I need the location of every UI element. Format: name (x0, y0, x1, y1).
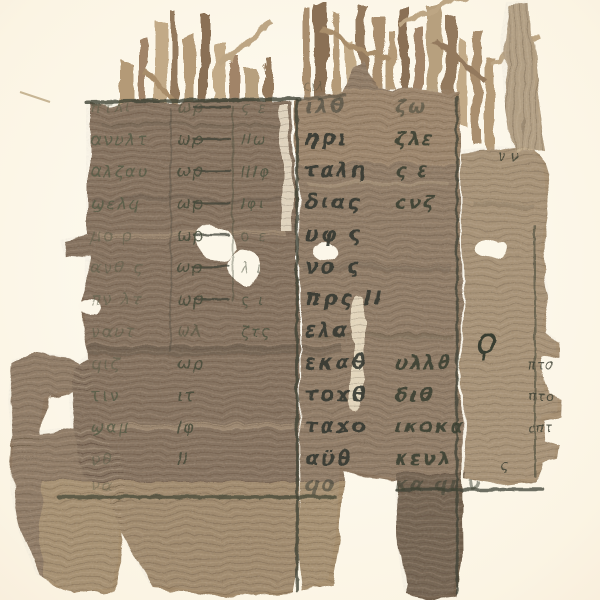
script-cell: ζω (394, 95, 426, 117)
script-cell: διας (304, 189, 361, 213)
script-cell: ϲνζ (394, 191, 435, 213)
script-cell: πτο (527, 389, 554, 404)
script-cell: ς ε (394, 159, 428, 181)
script-cell: ΙΙω (240, 130, 266, 148)
script-cell: ταλη (304, 157, 367, 181)
script-cell: ανυλτ (90, 129, 148, 148)
script-cell: ιτ (176, 385, 194, 405)
script-cell: πν λτ (90, 289, 143, 308)
script-cell: ϥο (304, 471, 337, 495)
script-cell: ϲπτ (527, 421, 553, 436)
script-cell: ιλθ (304, 93, 346, 117)
script-cell: ζλε (394, 127, 434, 149)
script-cell: ζτς (239, 322, 271, 340)
papyrus-photo: ϲιλ ϙ πτλι ωρ ς ε ιλθ ζω ανυλτ ωρ ΙΙω ηρ… (0, 0, 600, 600)
top-fragment-note: ϲιλ (302, 79, 324, 94)
script-cell: διθ (394, 383, 434, 405)
script-cell: υφ ς (304, 221, 362, 245)
script-cell: πρς ΙΙ (304, 285, 383, 309)
script-cell: κα ϥι ν (394, 473, 482, 495)
script-cell: ωρ (176, 193, 203, 213)
script-cell: νθ (90, 449, 113, 468)
script-cell: ς (500, 459, 509, 474)
script-cell: νο ς (304, 253, 360, 277)
script-cell: ΙΙΙφ (240, 162, 269, 180)
script-cell: να (90, 475, 113, 494)
script-cell: ναυτ (90, 321, 136, 340)
script-cell: πτλι (90, 97, 132, 116)
script-cell: ωρ (176, 289, 203, 309)
script-cell: κενλ (394, 447, 451, 469)
script-cell: ς ι (240, 290, 263, 308)
script-cell: τιν (90, 385, 120, 404)
script-cell: λ ι (239, 258, 263, 276)
script-cell: ωρ (176, 353, 203, 373)
script-cell: υλλθ (394, 351, 452, 373)
script-cell: ικοκα (394, 415, 465, 437)
script-cell: ηρι (304, 125, 348, 149)
script-cell: ωρ (176, 161, 203, 181)
script-cell: ανθ ς (90, 257, 144, 276)
script-cell: ς ε (240, 98, 266, 116)
script-cell: μο ρ (89, 225, 133, 244)
script-cell: ϥιζ (90, 353, 121, 372)
script-cell: εκαθ (304, 349, 367, 373)
script-cell: ωρ (176, 257, 203, 277)
script-cell: ϣαμ (90, 417, 130, 436)
script-cell: ο ε (240, 226, 267, 244)
script-cell: ωρ (176, 129, 203, 149)
script-cell: ωλ (176, 321, 202, 341)
monogram-seal: ϙ (474, 320, 496, 361)
script-cell: ν ν (497, 149, 519, 164)
script-cell: ελα (304, 317, 349, 341)
script-cell: Ιφι (240, 194, 264, 212)
script-cell: Ιφ (176, 417, 194, 437)
script-cell: ΙΙ (176, 449, 188, 469)
script-cell: αλζαυ (90, 161, 149, 180)
script-cell: τοϫθ (304, 381, 368, 405)
script-cell: ταϫο (304, 413, 368, 437)
script-cell: πτο (527, 357, 554, 372)
papyrus-scan: ϲιλ ϙ πτλι ωρ ς ε ιλθ ζω ανυλτ ωρ ΙΙω ηρ… (0, 0, 600, 600)
script-cell: ϣελϥ (90, 193, 140, 212)
script-cell: ωρ (176, 97, 203, 117)
script-cell: ωρ (176, 225, 203, 245)
script-cell: αϋθ (304, 445, 353, 469)
